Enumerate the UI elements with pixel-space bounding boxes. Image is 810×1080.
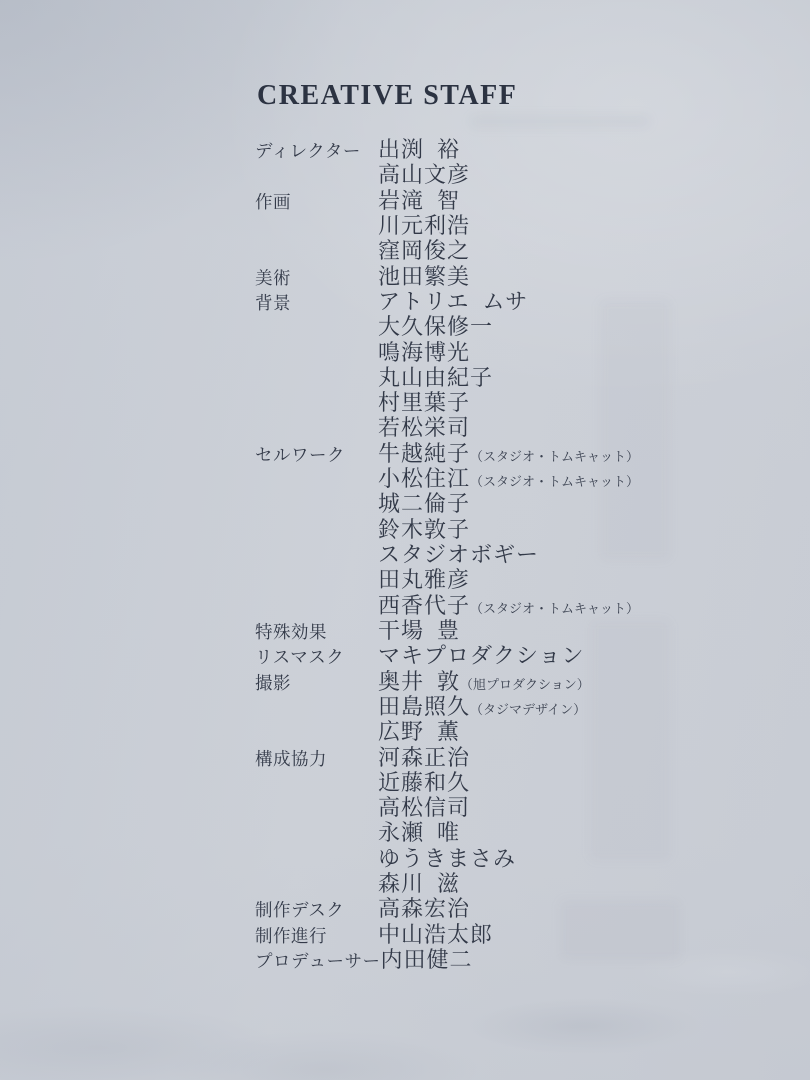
credit-role-label: リスマスク [255, 649, 378, 667]
credit-name: 大久保修一 [378, 316, 493, 339]
credit-person-name: 広野 薫 [378, 719, 460, 744]
credit-row: ゆうきまさみ [255, 848, 725, 873]
credit-row: 広野 薫 [255, 721, 725, 746]
credit-row: 田丸雅彦 [255, 569, 725, 594]
credit-name: 岩滝 智 [378, 190, 460, 213]
credit-name: 池田繁美 [378, 266, 470, 289]
credit-name: 丸山由紀子 [378, 367, 493, 390]
credit-person-name: 鳴海博光 [378, 340, 470, 365]
credit-row: 永瀬 唯 [255, 822, 725, 847]
credit-person-name: 若松栄司 [378, 415, 470, 440]
credit-row: 大久保修一 [255, 316, 725, 341]
credit-name: 川元利浩 [378, 215, 470, 238]
credit-row: 撮影 奥井 敦（旭プロダクション） [255, 671, 725, 696]
credits-list: ディレクター 出渕 裕 高山文彦 作画 岩滝 智 川元利浩 窪岡俊之 美術 池田… [255, 139, 725, 974]
credit-person-name: 西香代子 [378, 593, 470, 618]
credit-person-name: 小松住江 [378, 466, 470, 491]
credit-role-label: プロデューサー [255, 953, 380, 971]
credit-name: 森川 滋 [378, 873, 460, 896]
credit-row: 鳴海博光 [255, 342, 725, 367]
credit-name: 牛越純子（スタジオ・トムキャット） [378, 443, 639, 466]
credit-person-name: 奥井 敦 [378, 669, 460, 694]
credit-person-name: スタジオボギー [378, 542, 539, 567]
credit-role-label: 特殊効果 [255, 624, 378, 642]
credit-row: 特殊効果 干場 豊 [255, 620, 725, 645]
credit-role-label: 制作デスク [255, 902, 378, 920]
credit-person-name: 田丸雅彦 [378, 567, 470, 592]
credit-person-name: ゆうきまさみ [378, 846, 516, 871]
page-title: CREATIVE STAFF [257, 80, 517, 112]
credit-name: 小松住江（スタジオ・トムキャット） [378, 468, 639, 491]
credit-name: 田丸雅彦 [378, 569, 470, 592]
credit-studio-affiliation: （スタジオ・トムキャット） [470, 449, 639, 464]
credit-row: 鈴木敦子 [255, 519, 725, 544]
credit-name: 西香代子（スタジオ・トムキャット） [378, 595, 639, 618]
credit-person-name: 窪岡俊之 [378, 238, 470, 263]
credit-person-name: 大久保修一 [378, 314, 493, 339]
credit-person-name: 鈴木敦子 [378, 517, 470, 542]
credit-person-name: 牛越純子 [378, 441, 470, 466]
credit-studio-affiliation: （タジマデザイン） [470, 702, 586, 717]
credit-row: プロデューサー 内田健二 [255, 949, 725, 974]
credit-person-name: 池田繁美 [378, 264, 470, 289]
credit-name: ゆうきまさみ [378, 848, 516, 871]
credit-person-name: 川元利浩 [378, 213, 470, 238]
credit-name: 高山文彦 [378, 164, 470, 187]
credit-name: 高松信司 [378, 797, 470, 820]
credit-name: 若松栄司 [378, 417, 470, 440]
credit-row: 田島照久（タジマデザイン） [255, 696, 725, 721]
printed-page-photo: CREATIVE STAFF ディレクター 出渕 裕 高山文彦 作画 岩滝 智 … [0, 0, 810, 1080]
credit-role-label: 背景 [255, 295, 378, 313]
bleedthrough-smudge [470, 115, 650, 128]
credit-name: 広野 薫 [378, 721, 460, 744]
credit-role-label: ディレクター [255, 143, 378, 161]
credit-name: アトリエ ムサ [378, 291, 528, 314]
credit-name: 永瀬 唯 [378, 822, 460, 845]
credit-studio-affiliation: （スタジオ・トムキャット） [470, 474, 639, 489]
credit-person-name: 高森宏治 [378, 896, 470, 921]
credit-person-name: 出渕 裕 [378, 137, 460, 162]
credit-name: 近藤和久 [378, 772, 470, 795]
credit-row: ディレクター 出渕 裕 [255, 139, 725, 164]
credit-name: 村里葉子 [378, 392, 470, 415]
credit-row: スタジオボギー [255, 544, 725, 569]
credit-row: 近藤和久 [255, 772, 725, 797]
credit-row: 構成協力 河森正治 [255, 747, 725, 772]
credit-role-label: 制作進行 [255, 928, 378, 946]
credit-name: 内田健二 [380, 949, 472, 972]
credit-role-label: 美術 [255, 270, 378, 288]
credit-role-label: 作画 [255, 194, 378, 212]
credit-role-label: セルワーク [255, 447, 378, 465]
credit-person-name: 田島照久 [378, 694, 470, 719]
credit-person-name: マキプロダクション [378, 643, 585, 668]
credit-person-name: 河森正治 [378, 745, 470, 770]
credit-row: 城二倫子 [255, 493, 725, 518]
credit-role-label: 構成協力 [255, 751, 378, 769]
credit-row: 高松信司 [255, 797, 725, 822]
credit-person-name: 永瀬 唯 [378, 820, 460, 845]
credit-row: リスマスク マキプロダクション [255, 645, 725, 670]
credit-name: 河森正治 [378, 747, 470, 770]
credit-person-name: 近藤和久 [378, 770, 470, 795]
credit-row: セルワーク 牛越純子（スタジオ・トムキャット） [255, 443, 725, 468]
credit-row: 窪岡俊之 [255, 240, 725, 265]
credit-row: 作画 岩滝 智 [255, 190, 725, 215]
credit-row: 川元利浩 [255, 215, 725, 240]
credit-name: 干場 豊 [378, 620, 460, 643]
credit-name: 窪岡俊之 [378, 240, 470, 263]
credit-row: 若松栄司 [255, 417, 725, 442]
credit-row: 背景 アトリエ ムサ [255, 291, 725, 316]
credit-name: 城二倫子 [378, 493, 470, 516]
credit-name: 鳴海博光 [378, 342, 470, 365]
credit-row: 村里葉子 [255, 392, 725, 417]
credit-name: 田島照久（タジマデザイン） [378, 696, 586, 719]
credit-person-name: 干場 豊 [378, 618, 460, 643]
credit-name: スタジオボギー [378, 544, 539, 567]
credit-name: 鈴木敦子 [378, 519, 470, 542]
credit-row: 制作デスク 高森宏治 [255, 898, 725, 923]
credit-studio-affiliation: （旭プロダクション） [460, 677, 590, 692]
credit-person-name: 中山浩太郎 [378, 922, 493, 947]
credit-studio-affiliation: （スタジオ・トムキャット） [470, 601, 639, 616]
credit-person-name: 高松信司 [378, 795, 470, 820]
credit-person-name: 丸山由紀子 [378, 365, 493, 390]
credit-row: 小松住江（スタジオ・トムキャット） [255, 468, 725, 493]
credit-name: マキプロダクション [378, 645, 585, 668]
credit-name: 中山浩太郎 [378, 924, 493, 947]
credit-row: 森川 滋 [255, 873, 725, 898]
credit-person-name: 岩滝 智 [378, 188, 460, 213]
credit-name: 出渕 裕 [378, 139, 460, 162]
credit-row: 高山文彦 [255, 164, 725, 189]
credit-person-name: 森川 滋 [378, 871, 460, 896]
credit-person-name: 城二倫子 [378, 491, 470, 516]
credit-name: 高森宏治 [378, 898, 470, 921]
credit-role-label: 撮影 [255, 675, 378, 693]
credit-person-name: 内田健二 [380, 947, 472, 972]
credit-row: 美術 池田繁美 [255, 266, 725, 291]
credit-row: 制作進行 中山浩太郎 [255, 924, 725, 949]
credit-person-name: アトリエ ムサ [378, 289, 528, 314]
credit-row: 西香代子（スタジオ・トムキャット） [255, 595, 725, 620]
credit-row: 丸山由紀子 [255, 367, 725, 392]
credit-person-name: 村里葉子 [378, 390, 470, 415]
credit-person-name: 高山文彦 [378, 162, 470, 187]
credit-name: 奥井 敦（旭プロダクション） [378, 671, 590, 694]
